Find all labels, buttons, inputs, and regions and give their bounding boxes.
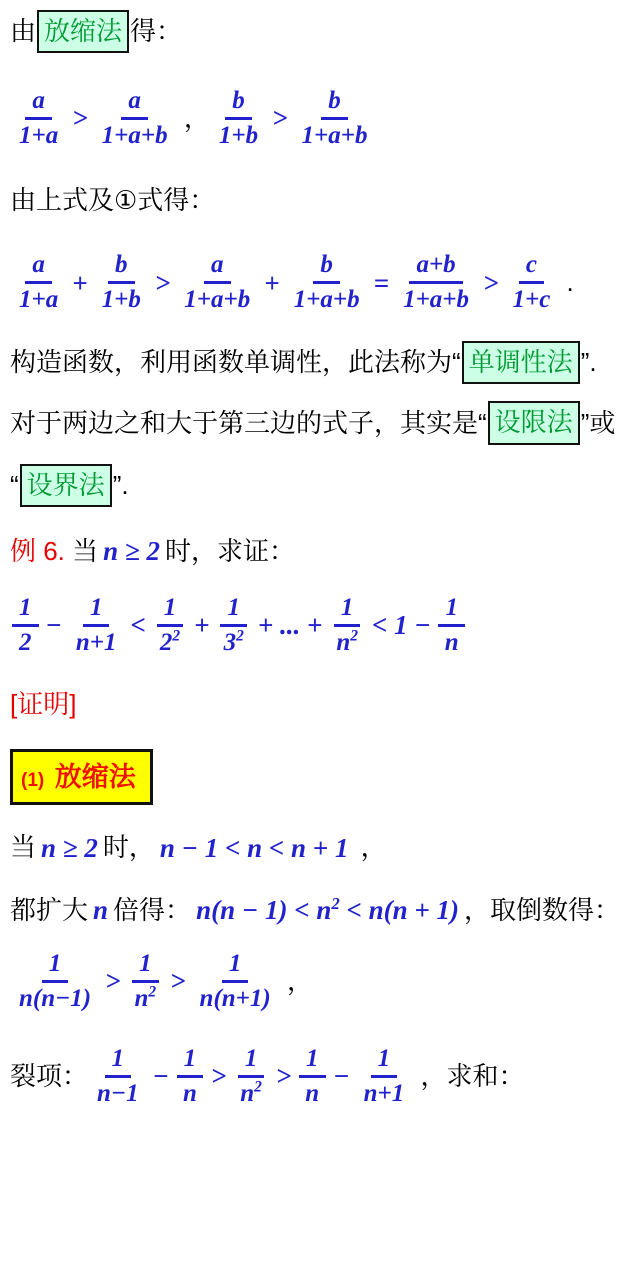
- highlighted-term-box: 设限法: [488, 401, 580, 444]
- highlighted-term-box: 单调性法: [462, 341, 580, 384]
- fraction-numerator: 1: [177, 1045, 204, 1078]
- body-text: 由: [10, 14, 36, 49]
- math-text: −: [46, 609, 62, 641]
- monotonic-method-line: 构造函数，利用函数单调性，此法称为“单调性法”.: [10, 341, 638, 384]
- body-text: .: [559, 265, 573, 300]
- fraction: 1n2: [233, 1045, 269, 1108]
- fraction-numerator: 1: [12, 594, 39, 627]
- math-text: >: [272, 102, 287, 134]
- fraction-numerator: a+b: [409, 251, 462, 284]
- fraction-denominator: n2: [233, 1078, 269, 1108]
- fraction-denominator: 1+b: [95, 284, 148, 314]
- fraction-denominator: n: [438, 627, 466, 657]
- body-text: ，取倒数得：: [464, 893, 620, 928]
- fraction-denominator: 1+a+b: [295, 120, 375, 150]
- fraction-denominator: n: [176, 1078, 204, 1108]
- body-text: 裂项：: [10, 1059, 88, 1094]
- body-text: 当: [65, 534, 98, 569]
- fraction: 122: [153, 594, 187, 657]
- fraction-numerator: b: [321, 87, 348, 120]
- math-text: +: [264, 267, 279, 299]
- body-text: 时，求证：: [165, 534, 295, 569]
- math-text: >: [170, 965, 185, 997]
- math-text: < 1 −: [372, 609, 431, 641]
- proof-label: [证明]: [10, 687, 638, 722]
- fraction-numerator: 1: [83, 594, 110, 627]
- telescoping-line: 裂项：1n−1−1n>1n2>1n−1n+1 ，求和：: [10, 1045, 638, 1108]
- body-text: 时，: [103, 830, 155, 865]
- fraction-denominator: 22: [153, 627, 187, 657]
- fraction: 1n+1: [69, 594, 124, 657]
- fraction: 1n2: [329, 594, 365, 657]
- superscript: 2: [148, 983, 156, 1000]
- red-heading-text: [证明]: [10, 687, 76, 722]
- fraction: 12: [12, 594, 39, 657]
- fraction-denominator: 2: [12, 627, 39, 657]
- math-text: n ≥ 2: [41, 832, 98, 864]
- superscript: 2: [350, 628, 358, 645]
- bounding-method-line-2: “设界法”.: [10, 464, 638, 507]
- superscript: 2: [236, 628, 244, 645]
- math-text: −: [333, 1060, 349, 1092]
- fraction-denominator: 1+a: [12, 120, 65, 150]
- fraction-numerator: 1: [371, 1045, 398, 1078]
- fraction-numerator: 1: [132, 950, 159, 983]
- fraction: a1+a+b: [95, 87, 175, 150]
- body-text: 构造函数，利用函数单调性，此法称为“: [10, 345, 461, 380]
- fraction-numerator: a: [25, 251, 52, 284]
- fraction-numerator: 1: [438, 594, 465, 627]
- fraction: c1+c: [505, 251, 557, 314]
- fraction-numerator: a: [204, 251, 231, 284]
- fraction: 1n(n+1): [193, 950, 278, 1013]
- fraction-numerator: 1: [42, 950, 69, 983]
- body-text: 当: [10, 830, 36, 865]
- fraction-denominator: n(n−1): [12, 983, 98, 1013]
- math-text: >: [72, 102, 87, 134]
- formula-scaling: a1+a>a1+a+b ，b1+b>b1+a+b: [10, 87, 638, 150]
- fraction-denominator: n+1: [357, 1078, 412, 1108]
- math-notes-page: 由放缩法得： a1+a>a1+a+b ，b1+b>b1+a+b 由上式及①式得：…: [0, 0, 640, 1108]
- fraction: a1+a+b: [177, 251, 257, 314]
- fraction-numerator: 1: [157, 594, 184, 627]
- fraction-denominator: n: [298, 1078, 326, 1108]
- fraction: a1+a: [12, 251, 65, 314]
- intro-scaling-line: 由放缩法得：: [10, 10, 638, 53]
- superscript: 2: [331, 894, 339, 913]
- red-heading-text: 例 6.: [10, 534, 65, 569]
- body-text: ”.: [581, 345, 597, 380]
- fraction: b1+a+b: [287, 251, 367, 314]
- fraction: a1+a: [12, 87, 65, 150]
- math-text: + ... +: [258, 609, 323, 641]
- fraction-numerator: 1: [299, 1045, 326, 1078]
- fraction-numerator: a: [121, 87, 148, 120]
- fraction-denominator: 1+c: [505, 284, 557, 314]
- fraction: 1n: [438, 594, 466, 657]
- math-text: >: [105, 965, 120, 997]
- fraction: b1+a+b: [295, 87, 375, 150]
- math-text: −: [153, 1060, 169, 1092]
- fraction-numerator: c: [519, 251, 544, 284]
- multiply-by-n-line: 都扩大n倍得：n(n − 1) < n2 < n(n + 1)，取倒数得：: [10, 893, 638, 928]
- step-inequality-line: 当n ≥ 2时，n − 1 < n < n + 1 ，: [10, 830, 638, 865]
- math-text: n(n − 1) < n2 < n(n + 1): [196, 894, 459, 926]
- fraction: 1n+1: [357, 1045, 412, 1108]
- body-text: 对于两边之和大于第三边的式子，其实是“: [10, 406, 487, 441]
- fraction: 1n2: [128, 950, 164, 1013]
- fraction: 1n(n−1): [12, 950, 98, 1013]
- math-text: <: [131, 609, 146, 641]
- fraction-denominator: 1+a+b: [95, 120, 175, 150]
- body-text: 得：: [130, 14, 182, 49]
- math-text: >: [155, 267, 170, 299]
- fraction-denominator: n2: [128, 983, 164, 1013]
- fraction-denominator: 32: [217, 627, 251, 657]
- superscript: 2: [172, 628, 180, 645]
- body-text: ，求和：: [413, 1059, 524, 1094]
- highlighted-term-box: 放缩法: [37, 10, 129, 53]
- fraction-numerator: b: [225, 87, 252, 120]
- fraction-denominator: 1+b: [212, 120, 265, 150]
- fraction: a+b1+a+b: [396, 251, 476, 314]
- body-text: ，: [280, 964, 313, 999]
- math-text: +: [72, 267, 87, 299]
- body-text: 倍得：: [113, 893, 191, 928]
- formula-reciprocal: 1n(n−1)>1n2>1n(n+1) ，: [10, 950, 638, 1013]
- math-text: =: [374, 267, 389, 299]
- fraction-denominator: n2: [329, 627, 365, 657]
- math-text: +: [194, 609, 209, 641]
- fraction-denominator: n+1: [69, 627, 124, 657]
- fraction: 1n: [298, 1045, 326, 1108]
- math-text: n − 1 < n < n + 1: [160, 832, 349, 864]
- example-6-heading: 例 6. 当n ≥ 2时，求证：: [10, 534, 638, 569]
- fraction: b1+b: [95, 251, 148, 314]
- fraction-numerator: 1: [238, 1045, 265, 1078]
- body-text: 由上式及①式得：: [10, 183, 215, 218]
- method-badge: (1) 放缩法: [10, 749, 153, 805]
- math-text: n ≥ 2: [103, 535, 160, 567]
- fraction-numerator: 1: [220, 594, 247, 627]
- badge-number: (1): [21, 770, 55, 791]
- fraction-denominator: 1+a+b: [396, 284, 476, 314]
- fraction-numerator: 1: [334, 594, 361, 627]
- fraction-denominator: n(n+1): [193, 983, 278, 1013]
- body-text: ，: [353, 830, 386, 865]
- fraction: 1n: [176, 1045, 204, 1108]
- method-1-badge-row: (1) 放缩法: [10, 749, 638, 805]
- bounding-method-line: 对于两边之和大于第三边的式子，其实是“设限法”或: [10, 401, 638, 444]
- fraction: 132: [217, 594, 251, 657]
- math-text: n: [93, 894, 108, 926]
- body-text: ，: [177, 101, 210, 136]
- body-text: ”.: [113, 468, 129, 503]
- formula-sum-chain: a1+a+b1+b>a1+a+b+b1+a+b=a+b1+a+b>c1+c .: [10, 251, 638, 314]
- fraction-denominator: 1+a+b: [177, 284, 257, 314]
- body-text: ”或: [581, 406, 616, 441]
- formula-to-prove: 12−1n+1<122+132+ ... +1n2< 1 −1n: [10, 594, 638, 657]
- body-text: “: [10, 468, 19, 503]
- math-text: >: [211, 1060, 226, 1092]
- fraction-numerator: b: [108, 251, 135, 284]
- math-text: >: [483, 267, 498, 299]
- highlighted-term-box: 设界法: [20, 464, 112, 507]
- fraction-denominator: 1+a+b: [287, 284, 367, 314]
- fraction-denominator: n−1: [90, 1078, 146, 1108]
- body-text: 都扩大: [10, 893, 88, 928]
- fraction-numerator: a: [25, 87, 52, 120]
- fraction: 1n−1: [90, 1045, 146, 1108]
- fraction: b1+b: [212, 87, 265, 150]
- fraction-numerator: 1: [105, 1045, 132, 1078]
- from-eq1-line: 由上式及①式得：: [10, 183, 638, 218]
- math-text: >: [276, 1060, 291, 1092]
- fraction-numerator: b: [313, 251, 340, 284]
- fraction-numerator: 1: [222, 950, 249, 983]
- superscript: 2: [254, 1078, 262, 1095]
- fraction-denominator: 1+a: [12, 284, 65, 314]
